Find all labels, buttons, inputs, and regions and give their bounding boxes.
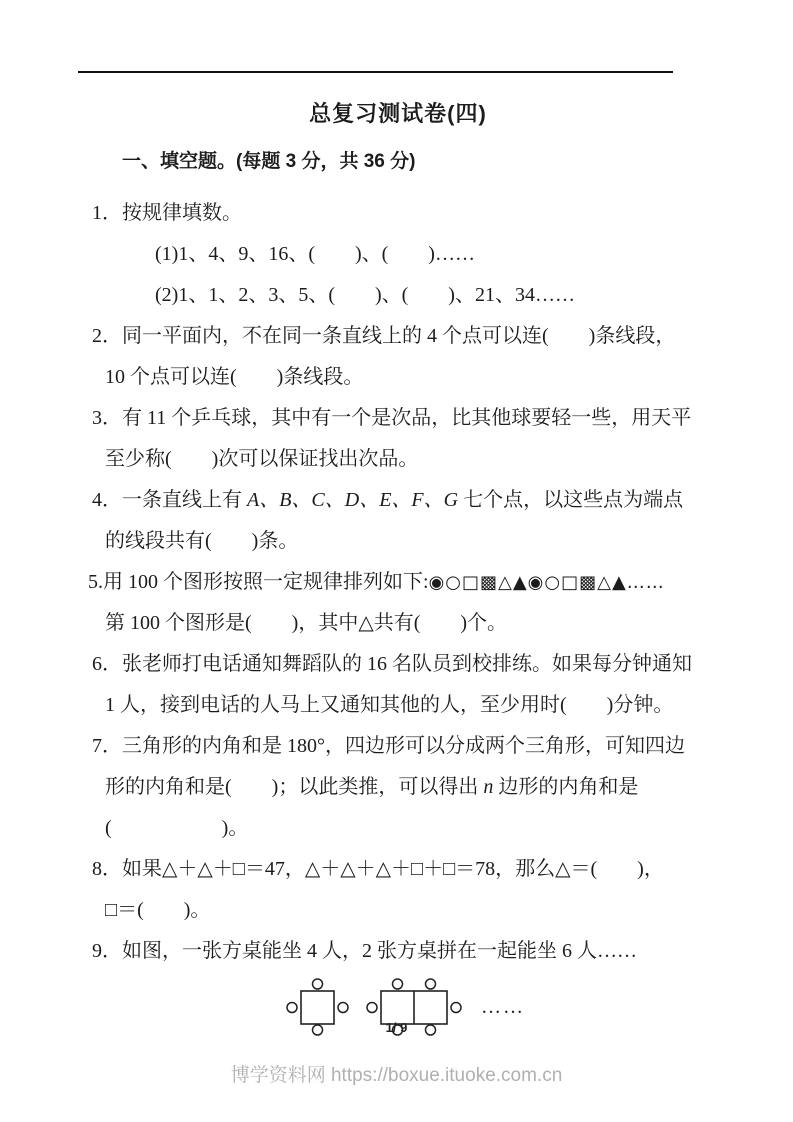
- paper-content: 总复习测试卷(四) 一、填空题。(每题 3 分，共 36 分) 1．按规律填数。…: [78, 73, 718, 1036]
- question-7-line-2: 形的内角和是( )；以此类推，可以得出 n 边形的内角和是: [105, 767, 718, 808]
- question-1-sub-1: (1)1、4、9、16、( )、( )……: [155, 234, 718, 275]
- question-5: 5.用 100 个图形按照一定规律排列如下:◉○□▩△▲◉○□▩△▲……: [88, 562, 718, 603]
- question-6-line-2: 1 人，接到电话的人马上又通知其他的人，至少用时( )分钟。: [105, 685, 718, 726]
- question-number: 6．: [92, 653, 122, 675]
- question-7: 7．三角形的内角和是 180°，四边形可以分成两个三角形，可知四边: [92, 726, 718, 767]
- question-text: 形的内角和是( )；以此类推，可以得出: [105, 776, 483, 798]
- question-2-line-2: 10 个点可以连( )条线段。: [105, 357, 718, 398]
- question-8-line-2: □＝( )。: [105, 890, 718, 931]
- question-text: 三角形的内角和是 180°，四边形可以分成两个三角形，可知四边: [122, 735, 685, 757]
- question-number: 5.: [88, 571, 103, 593]
- question-text: 一条直线上有: [122, 489, 247, 511]
- question-text: 有 11 个乒乓球，其中有一个是次品，比其他球要轻一些，用天平: [122, 407, 691, 429]
- chair-icon: [451, 1003, 461, 1013]
- question-3: 3．有 11 个乒乓球，其中有一个是次品，比其他球要轻一些，用天平: [92, 398, 718, 439]
- variable-n: n: [483, 776, 493, 798]
- test-paper-page: 总复习测试卷(四) 一、填空题。(每题 3 分，共 36 分) 1．按规律填数。…: [0, 0, 793, 1122]
- question-number: 1．: [92, 202, 122, 224]
- chair-icon: [393, 979, 403, 989]
- section-1-header: 一、填空题。(每题 3 分，共 36 分): [122, 147, 718, 177]
- question-text: 同一平面内，不在同一条直线上的 4 个点可以连( )条线段，: [122, 325, 675, 347]
- question-number: 4．: [92, 489, 122, 511]
- question-1-sub-2: (2)1、1、2、3、5、( )、( )、21、34……: [155, 275, 718, 316]
- question-number: 7．: [92, 735, 122, 757]
- shape-pattern-sequence: ◉○□▩△▲◉○□▩△▲……: [429, 572, 665, 593]
- page-title: 总复习测试卷(四): [78, 99, 718, 129]
- question-9: 9．如图，一张方桌能坐 4 人，2 张方桌拼在一起能坐 6 人……: [92, 931, 718, 972]
- question-4: 4．一条直线上有 A、B、C、D、E、F、G 七个点，以这些点为端点: [92, 480, 718, 521]
- chair-icon: [426, 979, 436, 989]
- question-1: 1．按规律填数。: [92, 193, 718, 234]
- question-text: 按规律填数。: [122, 202, 242, 224]
- chair-icon: [287, 1003, 297, 1013]
- question-text: 边形的内角和是: [493, 776, 638, 798]
- chair-icon: [313, 979, 323, 989]
- question-number: 3．: [92, 407, 122, 429]
- watermark-link[interactable]: 博学资料网 https://boxue.ituoke.com.cn: [0, 1060, 793, 1087]
- question-text: 如果△＋△＋□＝47，△＋△＋△＋□＋□＝78，那么△＝( )，: [122, 858, 664, 880]
- question-number: 8．: [92, 858, 122, 880]
- point-labels: A、B、C、D、E、F、G: [247, 489, 458, 511]
- question-7-line-3: ( )。: [105, 808, 718, 849]
- question-text: 用 100 个图形按照一定规律排列如下:: [103, 571, 429, 593]
- question-6: 6．张老师打电话通知舞蹈队的 16 名队员到校排练。如果每分钟通知: [92, 644, 718, 685]
- question-number: 2．: [92, 325, 122, 347]
- question-2: 2．同一平面内，不在同一条直线上的 4 个点可以连( )条线段，: [92, 316, 718, 357]
- question-text: 七个点，以这些点为端点: [458, 489, 683, 511]
- question-8: 8．如果△＋△＋□＝47，△＋△＋△＋□＋□＝78，那么△＝( )，: [92, 849, 718, 890]
- question-text: 如图，一张方桌能坐 4 人，2 张方桌拼在一起能坐 6 人……: [122, 940, 637, 962]
- question-number: 9．: [92, 940, 122, 962]
- question-text: 张老师打电话通知舞蹈队的 16 名队员到校排练。如果每分钟通知: [122, 653, 692, 675]
- ellipsis-dots: ……: [481, 996, 525, 1019]
- page-number: 1/ 9: [0, 1020, 793, 1035]
- chair-icon: [338, 1003, 348, 1013]
- chair-icon: [367, 1003, 377, 1013]
- question-3-line-2: 至少称( )次可以保证找出次品。: [105, 439, 718, 480]
- question-4-line-2: 的线段共有( )条。: [105, 521, 718, 562]
- question-5-line-2: 第 100 个图形是( )，其中△共有( )个。: [105, 603, 718, 644]
